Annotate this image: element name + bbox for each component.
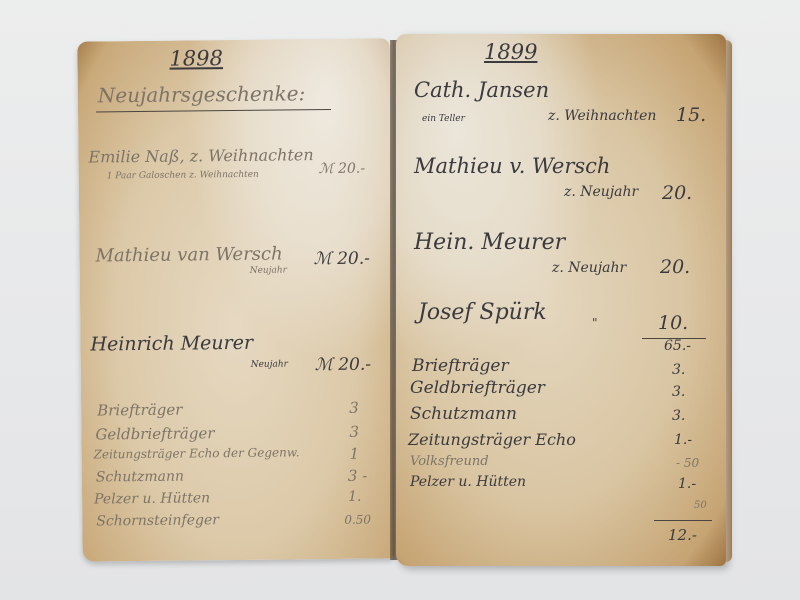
item-amount: 1.- (678, 476, 696, 492)
item-amount: 3 - (348, 467, 368, 485)
item-amount: 3. (672, 384, 685, 400)
entry-amount: 15. (676, 104, 706, 126)
entry-amount: 20. (660, 256, 690, 278)
item-label: Zeitungsträger Echo (408, 430, 576, 449)
entry-note: z. Neujahr (564, 184, 638, 200)
entry-note: " (592, 316, 598, 330)
item-label: Briefträger (97, 401, 182, 420)
left-heading: Neujahrsgeschenke: (98, 81, 306, 107)
item-label: Pelzer u. Hütten (410, 474, 526, 490)
item-amount: 1. (348, 489, 362, 505)
entry-amount: ℳ 20.- (315, 355, 372, 376)
entry-amount: 10. (658, 312, 688, 334)
item-label: Geldbriefträger (95, 424, 214, 443)
right-year: 1899 (484, 40, 537, 64)
item-label: Schutzmann (410, 404, 517, 424)
entry-name: Emilie Naß, z. Weihnachten (88, 145, 313, 166)
left-year: 1898 (169, 46, 223, 71)
item-amount: 3. (672, 362, 685, 378)
entry-note: 1 Paar Galoschen z. Weihnachten (107, 170, 259, 182)
total-rule (654, 520, 712, 521)
right-page: 1899 Cath. Jansen ein Teller z. Weihnach… (396, 34, 726, 566)
heading-underline (96, 109, 331, 112)
item-amount: 0.50 (344, 513, 371, 527)
entry-amount: ℳ 20.- (319, 161, 366, 177)
entry-name: Cath. Jansen (414, 78, 549, 102)
item-amount: 3 (349, 423, 359, 441)
item-label: Briefträger (412, 356, 509, 376)
item-label: Pelzer u. Hütten (94, 490, 210, 507)
entry-note: z. Weihnachten (548, 108, 656, 124)
entry-name: Mathieu van Wersch (95, 244, 282, 267)
entry-amount: 20. (662, 182, 692, 204)
item-amount: 1 (350, 445, 360, 463)
item-amount: 50 (694, 500, 707, 511)
item-amount: 3 (349, 399, 359, 417)
entry-name: Hein. Meurer (414, 230, 565, 255)
entry-note-left: ein Teller (422, 114, 465, 124)
entry-amount: ℳ 20.- (313, 249, 370, 270)
item-label: Volksfreund (410, 454, 489, 469)
item-label: Zeitungsträger Echo der Gegenw. (94, 445, 300, 461)
subtotal: 65.- (664, 338, 691, 354)
item-amount: 3. (672, 408, 685, 424)
entry-note: Neujahr (250, 265, 287, 275)
item-amount: - 50 (676, 456, 699, 470)
item-label: Geldbriefträger (410, 378, 545, 398)
entry-name: Heinrich Meurer (90, 332, 253, 356)
total: 12.- (668, 526, 697, 544)
item-label: Schornsteinfeger (96, 512, 219, 529)
item-label: Schutzmann (96, 469, 184, 486)
entry-name: Mathieu v. Wersch (414, 154, 610, 178)
entry-note: Neujahr (251, 359, 288, 369)
item-amount: 1.- (674, 432, 692, 448)
left-page: 1898 Neujahrsgeschenke: Emilie Naß, z. W… (77, 38, 394, 561)
entry-name: Josef Spürk (418, 300, 547, 325)
entry-note: z. Neujahr (552, 260, 626, 276)
